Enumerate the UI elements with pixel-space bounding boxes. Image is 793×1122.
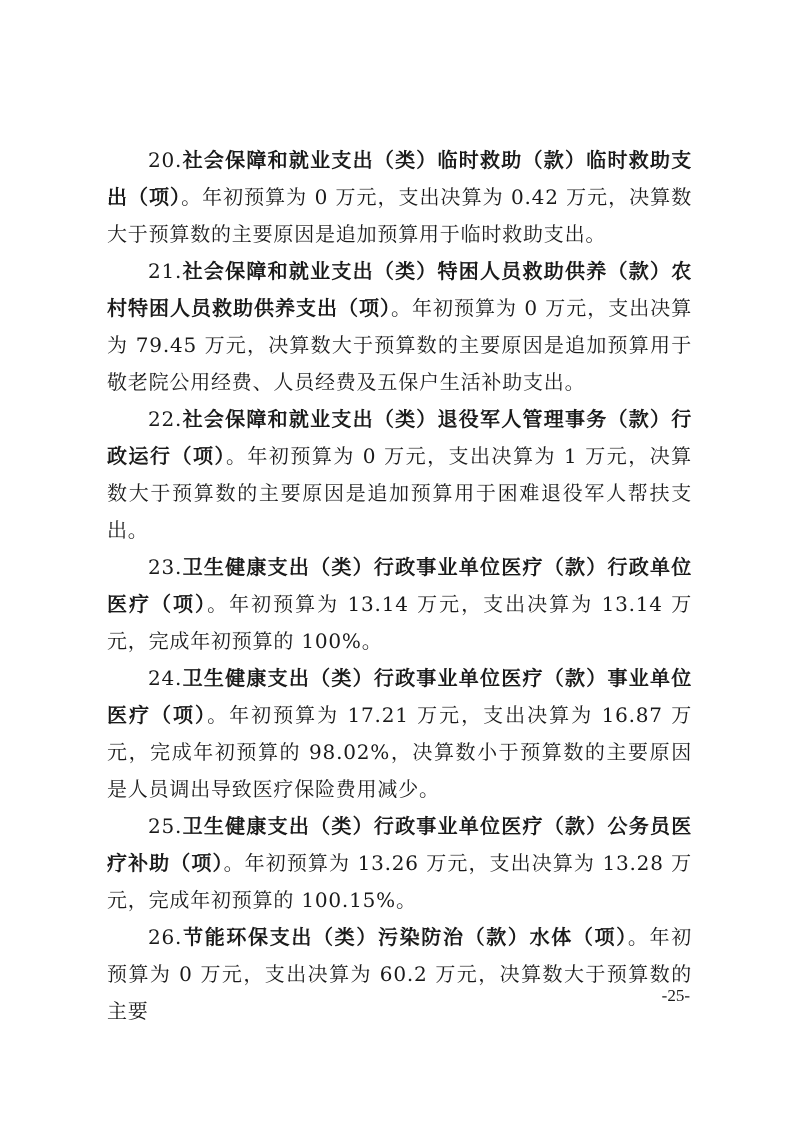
paragraph-25: 25.卫生健康支出（类）行政事业单位医疗（款）公务员医疗补助（项）。年初预算为 …: [107, 808, 692, 919]
paragraph-20: 20.社会保障和就业支出（类）临时救助（款）临时救助支出（项）。年初预算为 0 …: [107, 142, 692, 253]
item-heading: 节能环保支出（类）污染防治（款）水体（项）: [182, 925, 628, 949]
item-number: 23.: [148, 555, 182, 579]
item-number: 25.: [148, 814, 182, 838]
paragraph-22: 22.社会保障和就业支出（类）退役军人管理事务（款）行政运行（项）。年初预算为 …: [107, 401, 692, 549]
item-number: 21.: [148, 259, 182, 283]
document-page: 20.社会保障和就业支出（类）临时救助（款）临时救助支出（项）。年初预算为 0 …: [107, 142, 692, 1030]
page-number: -25-: [662, 986, 690, 1006]
item-number: 20.: [148, 148, 182, 172]
paragraph-23: 23.卫生健康支出（类）行政事业单位医疗（款）行政单位医疗（项）。年初预算为 1…: [107, 549, 692, 660]
item-number: 22.: [148, 407, 182, 431]
item-number: 26.: [148, 925, 182, 949]
item-body: 。年初预算为 0 万元，支出决算为 0.42 万元，决算数大于预算数的主要原因是…: [107, 185, 692, 246]
item-number: 24.: [148, 666, 182, 690]
paragraph-24: 24.卫生健康支出（类）行政事业单位医疗（款）事业单位医疗（项）。年初预算为 1…: [107, 660, 692, 808]
paragraph-26: 26.节能环保支出（类）污染防治（款）水体（项）。年初预算为 0 万元，支出决算…: [107, 919, 692, 1030]
paragraph-21: 21.社会保障和就业支出（类）特困人员救助供养（款）农村特困人员救助供养支出（项…: [107, 253, 692, 401]
